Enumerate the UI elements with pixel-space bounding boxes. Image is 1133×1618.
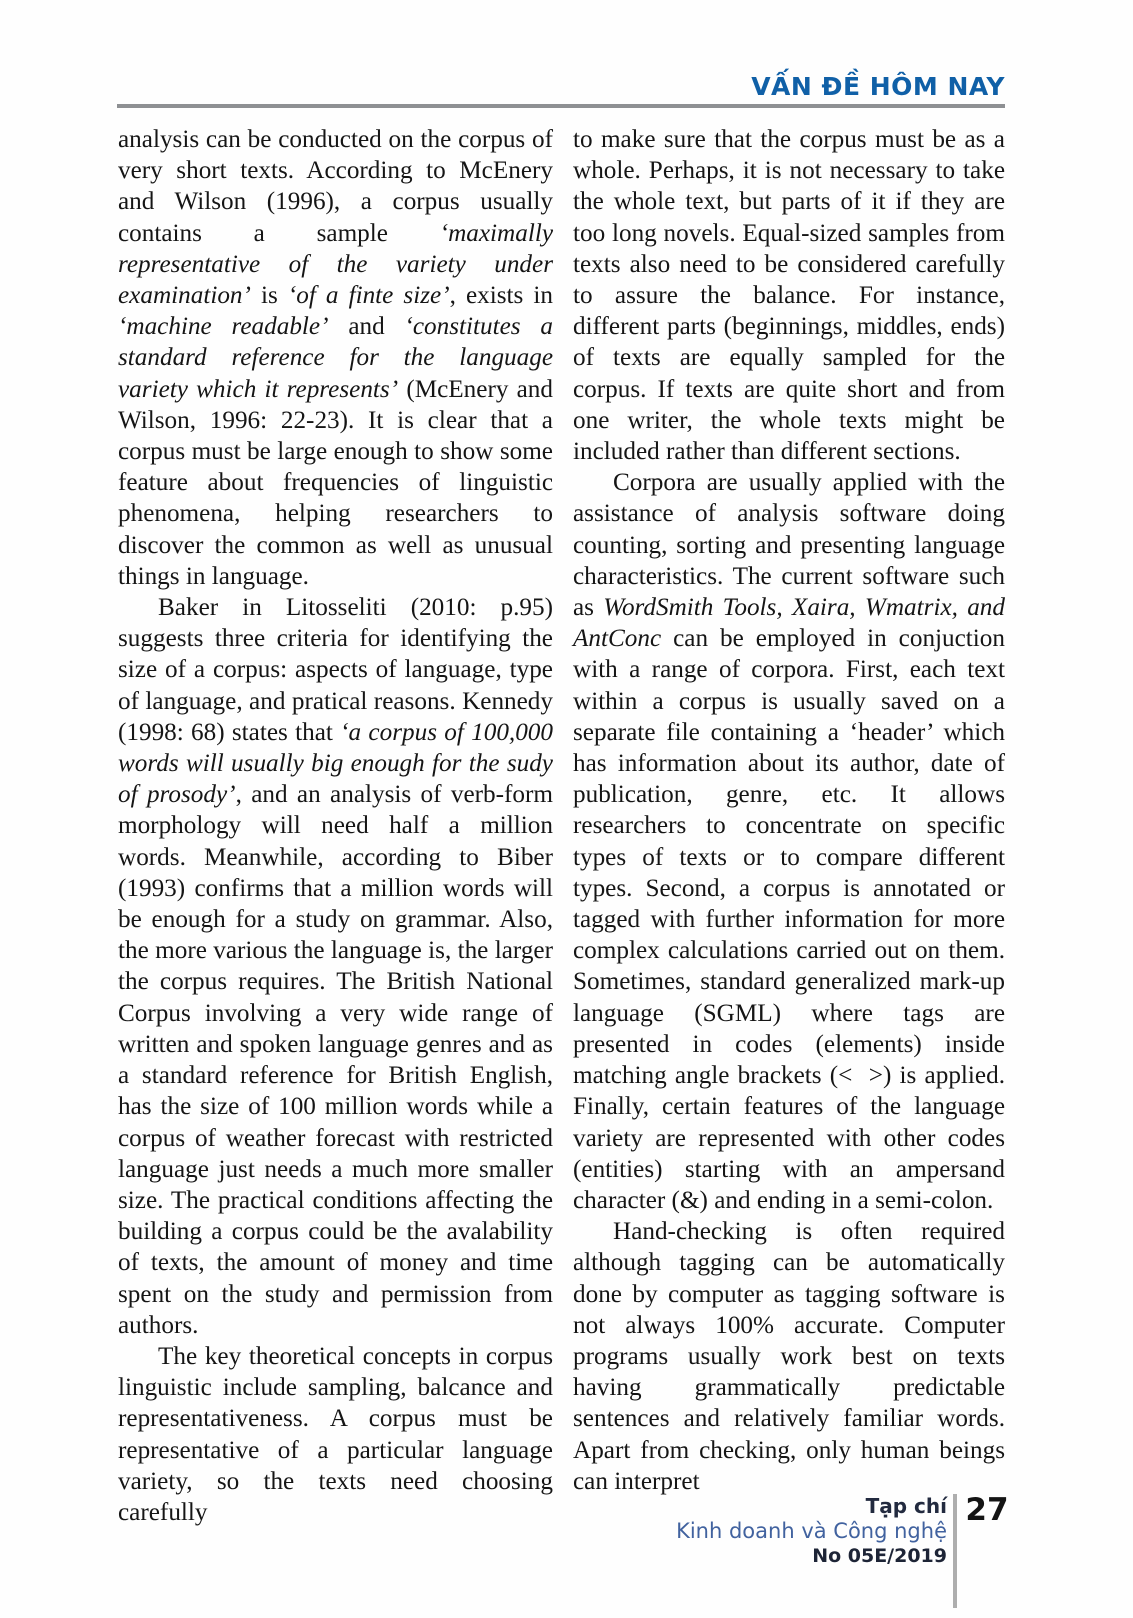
paragraph: Hand-checking is often required although… (573, 1216, 1005, 1497)
text-segment: , and an analysis of verb-form morpholog… (118, 781, 553, 1338)
article-body: analysis can be conducted on the corpus … (118, 124, 1005, 1528)
paragraph: analysis can be conducted on the corpus … (118, 124, 553, 592)
text-segment: (McEnery and Wilson, 1996: 22-23). It is… (118, 376, 553, 590)
paragraph: to make sure that the corpus must be as … (573, 124, 1005, 467)
text-segment: is (251, 282, 288, 309)
page-number: 27 (962, 1492, 1012, 1528)
paragraph: The key theoretical concepts in corpus l… (118, 1341, 553, 1528)
text-segment: and (329, 313, 405, 340)
journal-name-line1: Tạp chí (627, 1494, 947, 1519)
italic-quote: ‘machine readable’ (118, 313, 329, 340)
right-column: to make sure that the corpus must be as … (573, 124, 1005, 1528)
paragraph: Corpora are usually applied with the ass… (573, 467, 1005, 1216)
footer-journal-block: Tạp chí Kinh doanh và Công nghệ No 05E/2… (627, 1494, 947, 1569)
text-segment: can be employed in conjuction with a ran… (573, 625, 1005, 1214)
left-column: analysis can be conducted on the corpus … (118, 124, 553, 1528)
paragraph: Baker in Litosseliti (2010: p.95) sugges… (118, 592, 553, 1341)
header-rule (117, 104, 1005, 108)
section-title: VẤN ĐỀ HÔM NAY (751, 72, 1005, 101)
journal-page: VẤN ĐỀ HÔM NAY analysis can be conducted… (0, 0, 1133, 1618)
text-segment: , exists in (450, 282, 553, 309)
footer-divider-bar (953, 1494, 957, 1608)
journal-name-line2: Kinh doanh và Công nghệ (627, 1519, 947, 1544)
journal-issue: No 05E/2019 (627, 1544, 947, 1569)
italic-quote: ‘of a finte size’ (288, 282, 450, 309)
